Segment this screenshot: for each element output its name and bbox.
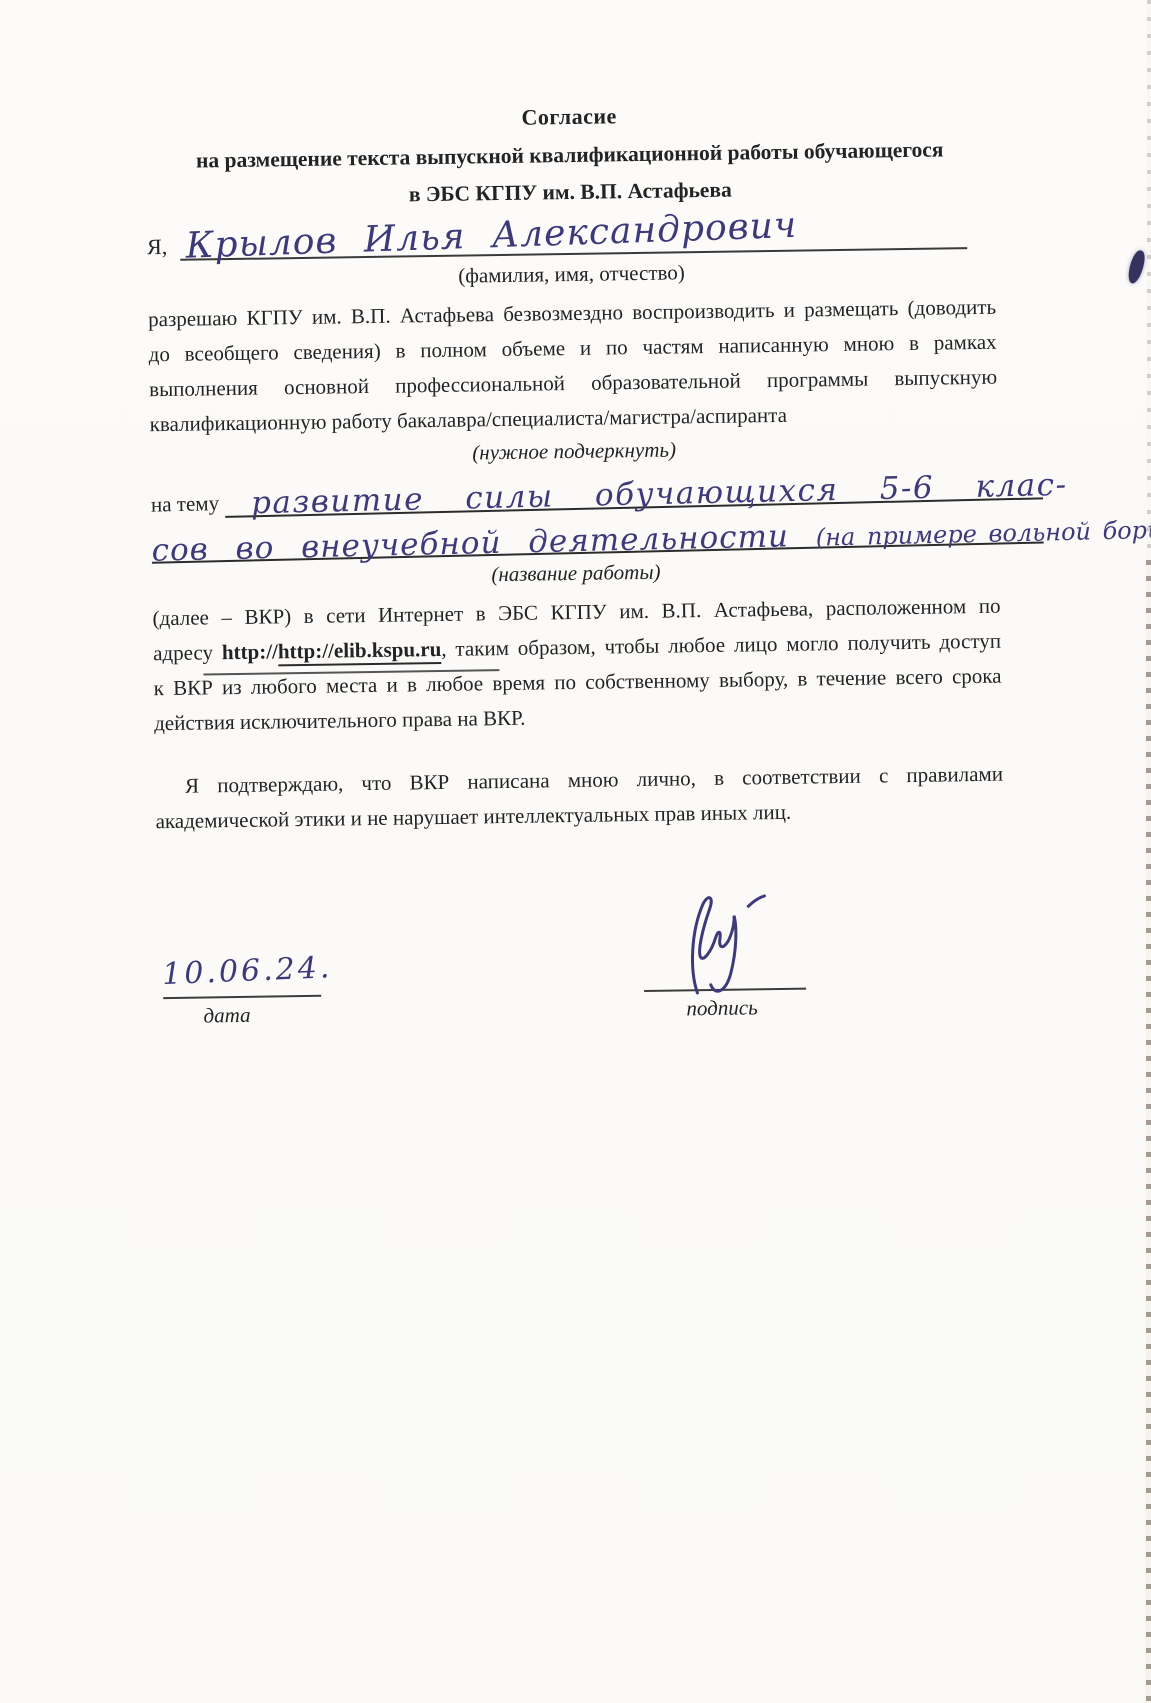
handwritten-topic-line-2-paren: (на примере вольной борьбы): [816, 515, 1151, 552]
name-prefix: Я,: [147, 234, 168, 261]
internet-clause-paragraph: (далее – ВКР) в сети Интернет в ЭБС КГПУ…: [152, 589, 1002, 742]
date-label: дата: [163, 1002, 321, 1029]
scan-edge-artifact-top: [1147, 0, 1151, 560]
date-block: 10.06.24. дата: [163, 955, 322, 1029]
handwritten-name: Крылов Илья Александрович: [185, 205, 798, 267]
ink-blot-artifact: [1126, 249, 1147, 285]
url-prefix: http://: [222, 639, 278, 664]
name-underline: Крылов Илья Александрович: [180, 199, 967, 261]
document-subtitle-1: на размещение текста выпускной квалифика…: [146, 137, 994, 175]
signature-ink-icon: [657, 882, 785, 1010]
handwritten-date: 10.06.24.: [162, 951, 322, 997]
url-text: http://elib.kspu.ru: [278, 637, 442, 666]
address-word: адресу: [153, 640, 213, 665]
signature-stroke: [642, 876, 806, 990]
confirmation-paragraph: Я подтверждаю, что ВКР написана мною лич…: [155, 757, 1004, 840]
scanned-consent-document: Согласие на размещение текста выпускной …: [0, 0, 1151, 1703]
scan-edge-artifact-bottom: [1146, 560, 1151, 1703]
permission-paragraph: разрешаю КГПУ им. В.П. Астафьева безвозм…: [148, 290, 998, 443]
signature-block: подпись: [642, 876, 806, 1022]
topic-prefix: на тему: [151, 491, 220, 520]
internet-clause-line-2-after: , таким образом, чтобы любое лицо могло …: [441, 629, 1001, 661]
name-row: Я, Крылов Илья Александрович: [147, 201, 996, 262]
document-content: Согласие на размещение текста выпускной …: [145, 98, 1007, 1029]
signoff-row: 10.06.24. дата подпись: [157, 873, 1007, 1030]
document-title: Согласие: [145, 98, 993, 137]
